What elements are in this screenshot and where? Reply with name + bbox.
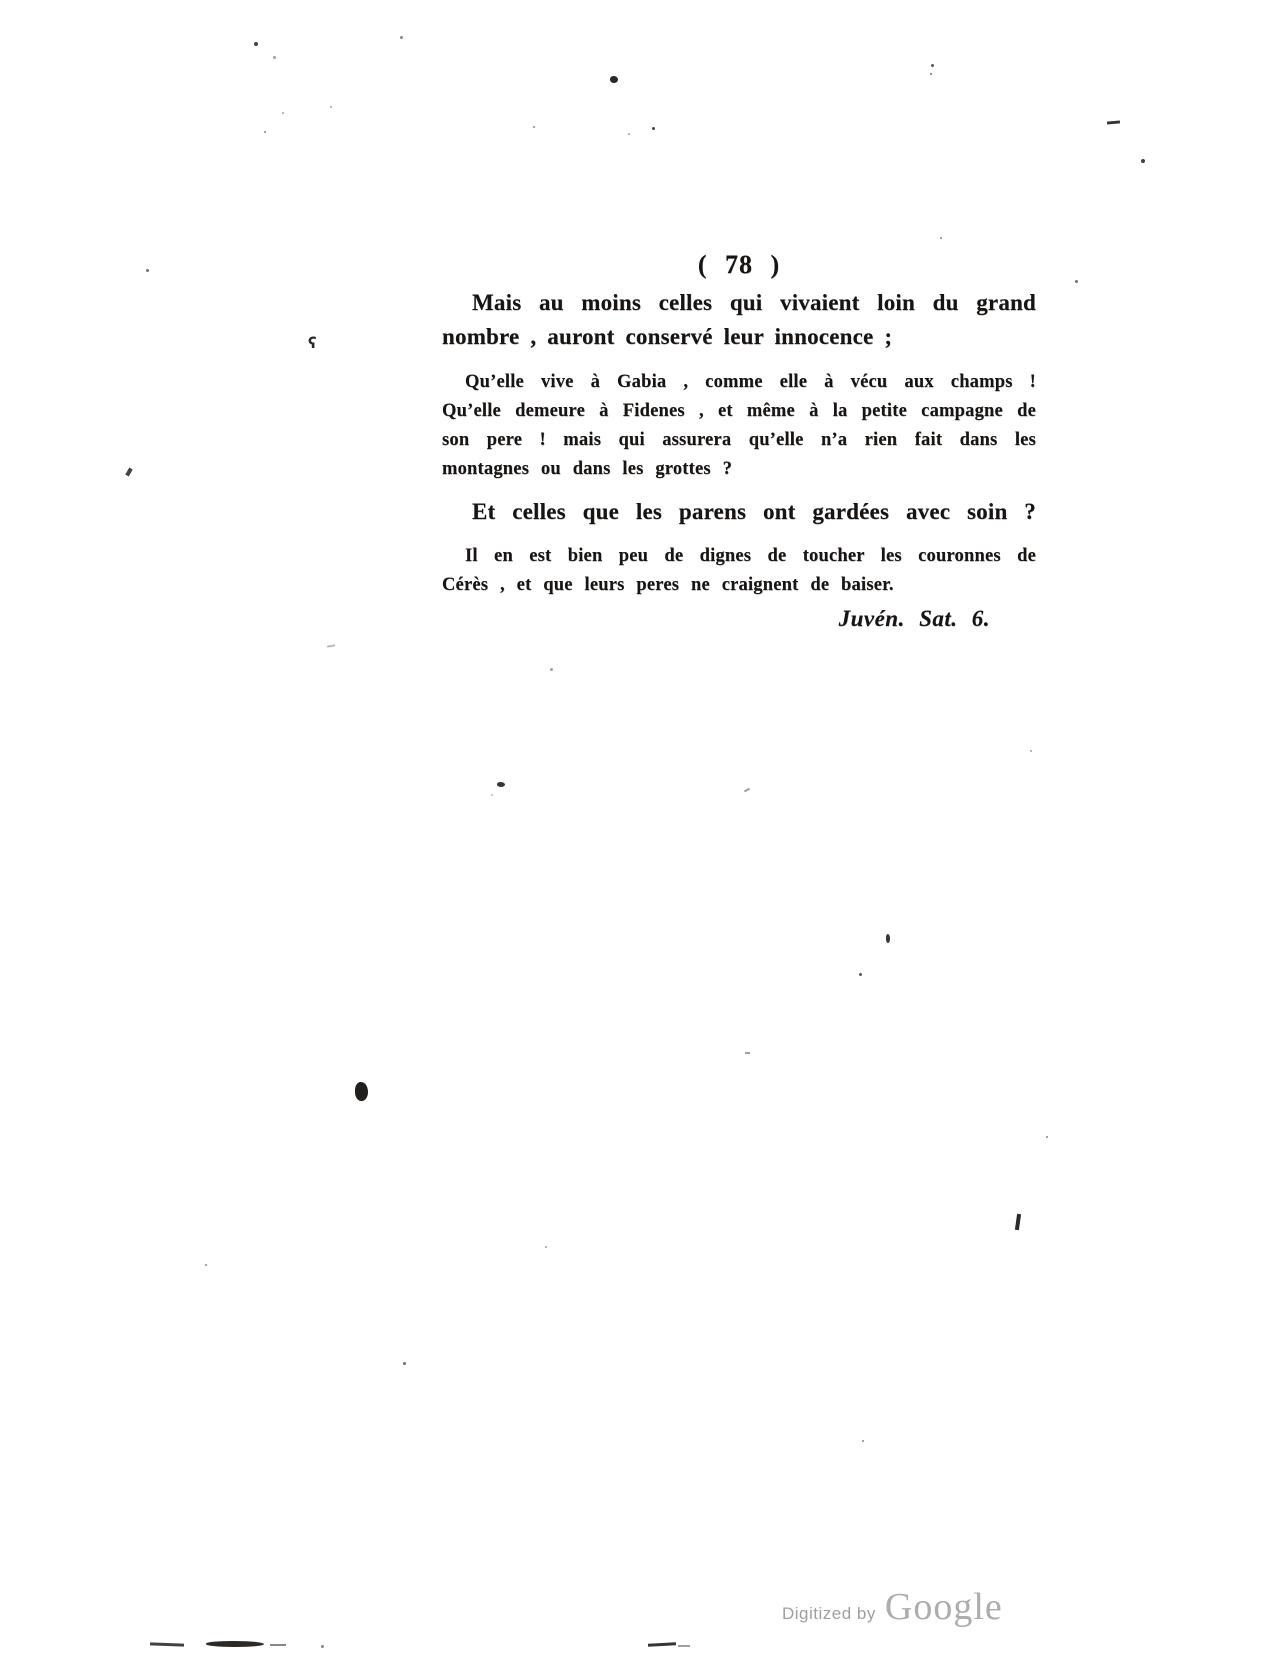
scan-speck xyxy=(859,973,862,976)
scan-speck xyxy=(282,112,284,114)
scanned-book-page: ( 78 ) Mais au moins celles qui vivaient… xyxy=(0,0,1280,1654)
scan-speck xyxy=(327,644,335,647)
scan-speck: ʕ xyxy=(308,336,317,351)
scan-speck xyxy=(270,1644,286,1646)
text-line: nombre , auront conservé leur innocence … xyxy=(442,320,1036,354)
scan-speck xyxy=(146,269,149,272)
scan-speck xyxy=(550,668,553,671)
text-line: Et celles que les parens ont gardées ave… xyxy=(442,495,1036,529)
scan-speck xyxy=(1107,120,1120,124)
scan-speck xyxy=(745,1052,750,1054)
scan-speck xyxy=(355,1082,368,1101)
blockquote-verse-1: Qu’elle vive à Gabia , comme elle à vécu… xyxy=(442,368,1036,484)
scan-speck xyxy=(206,1641,264,1647)
scan-speck xyxy=(125,468,132,477)
google-logo: Google xyxy=(885,1585,1003,1629)
scan-speck xyxy=(1015,1214,1021,1230)
scan-speck xyxy=(1030,750,1032,752)
text-line: montagnes ou dans les grottes ? xyxy=(442,455,1036,484)
citation-juvenal: Juvén. Sat. 6. xyxy=(442,604,1036,634)
scan-speck xyxy=(150,1642,184,1646)
scan-artifacts: ʕ xyxy=(0,0,1280,1654)
paragraph-main-2: Et celles que les parens ont gardées ave… xyxy=(442,495,1036,529)
page-number-header: ( 78 ) xyxy=(442,250,1036,280)
scan-speck xyxy=(533,126,535,128)
scan-speck xyxy=(610,76,618,83)
scan-speck xyxy=(1141,159,1145,163)
scan-speck xyxy=(1075,280,1078,283)
digitized-by-label: Digitized by xyxy=(782,1604,876,1624)
scan-speck xyxy=(744,788,750,793)
scan-speck xyxy=(1046,1136,1048,1138)
scan-speck xyxy=(628,133,630,135)
scan-speck xyxy=(330,106,332,108)
text-line: Qu’elle demeure à Fidenes , et même à la… xyxy=(442,397,1036,426)
google-watermark: Digitized by Google xyxy=(782,1585,1003,1629)
text-line: Il en est bien peu de dignes de toucher … xyxy=(442,542,1036,571)
scan-speck xyxy=(648,1642,676,1646)
scan-speck xyxy=(862,1440,864,1442)
blockquote-verse-2: Il en est bien peu de dignes de toucher … xyxy=(442,542,1036,600)
scan-speck xyxy=(652,127,655,130)
scan-speck xyxy=(545,1246,547,1248)
scan-speck xyxy=(886,934,890,943)
scan-speck xyxy=(930,73,932,75)
scan-speck xyxy=(264,131,266,133)
scan-speck xyxy=(400,36,403,39)
scan-speck xyxy=(678,1645,690,1647)
paragraph-main-1: Mais au moins celles qui vivaient loin d… xyxy=(442,286,1036,354)
text-line: son pere ! mais qui assurera qu’elle n’a… xyxy=(442,426,1036,455)
scan-speck xyxy=(497,782,505,787)
text-line: Qu’elle vive à Gabia , comme elle à vécu… xyxy=(442,368,1036,397)
scan-speck xyxy=(254,42,258,46)
scan-speck xyxy=(940,237,942,239)
text-column: ( 78 ) Mais au moins celles qui vivaient… xyxy=(442,250,1036,657)
scan-speck xyxy=(205,1264,207,1266)
text-line: Mais au moins celles qui vivaient loin d… xyxy=(442,286,1036,320)
scan-speck xyxy=(321,1645,324,1648)
text-line: Cérès , et que leurs peres ne craignent … xyxy=(442,571,1036,600)
scan-speck xyxy=(931,64,934,67)
scan-speck xyxy=(273,56,276,59)
scan-speck xyxy=(491,794,493,796)
scan-speck xyxy=(403,1362,406,1365)
